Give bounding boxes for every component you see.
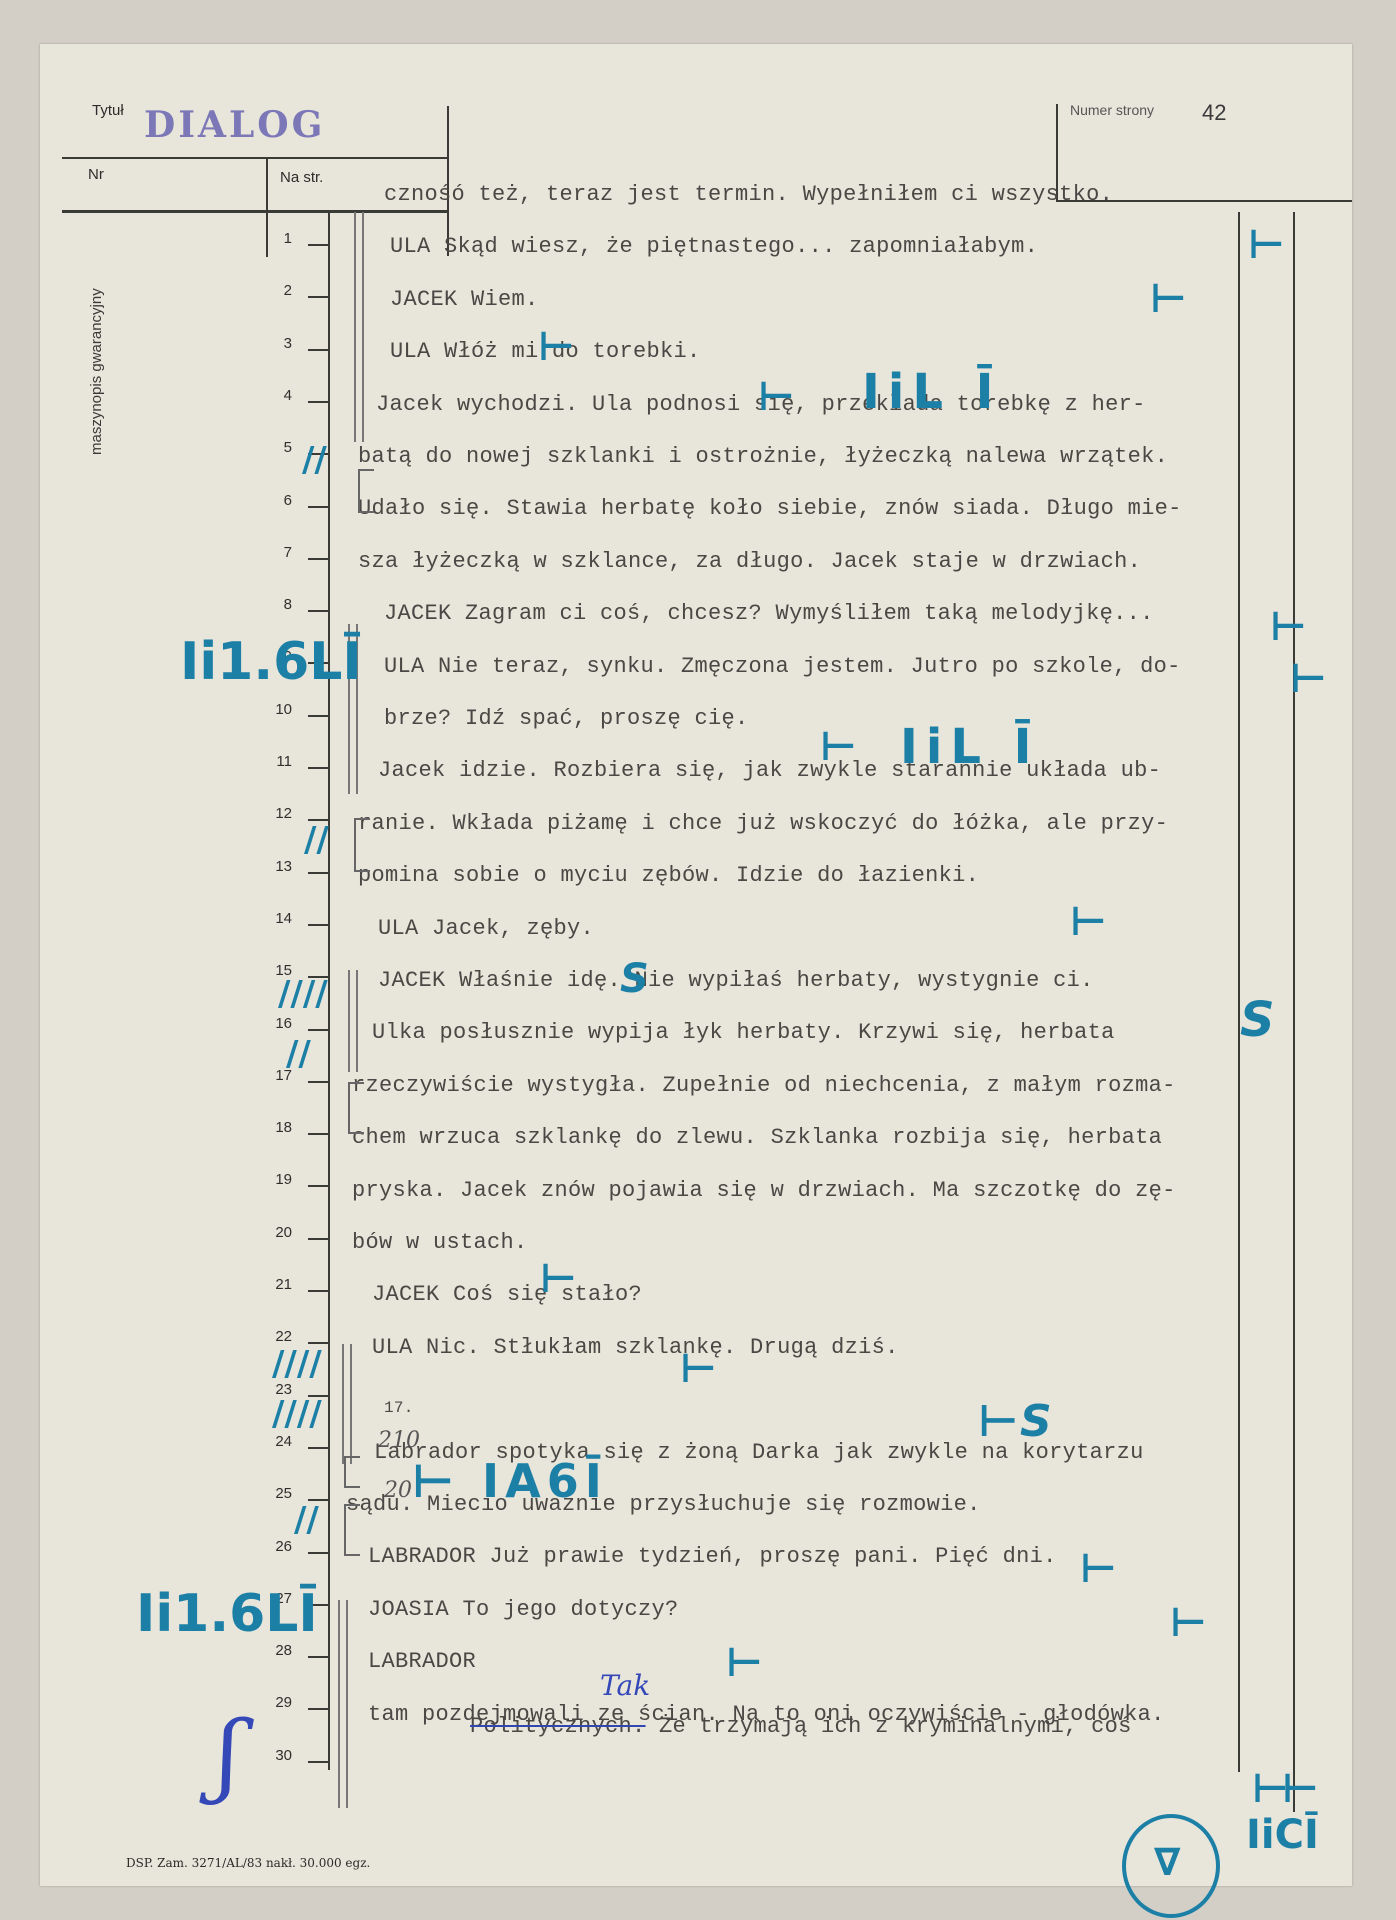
dialog-bracket (338, 1600, 348, 1808)
line-tick (308, 244, 330, 246)
check-mark-icon: ⊢ (1270, 604, 1307, 650)
header-bottom-rule (62, 210, 449, 213)
line-tick (308, 558, 330, 560)
triangle-down-icon: ∇ (1154, 1840, 1180, 1884)
side-label: maszynopis gwarancyjny (88, 288, 105, 455)
typed-line: Udało się. Stawia herbatę koło siebie, z… (358, 496, 1182, 521)
check-mark-icon: ⊢ (1290, 656, 1327, 702)
print-footer: DSP. Zam. 3271/AL/83 nakł. 30.000 egz. (126, 1856, 370, 1870)
dialog-bracket (354, 212, 364, 442)
right-margin-line-2 (1293, 212, 1295, 1812)
page-number-label: Numer strony (1070, 102, 1154, 118)
action-bracket (348, 1082, 364, 1134)
line-number: 26 (266, 1538, 292, 1555)
typed-line: Ulka posłusznie wypija łyk herbaty. Krzy… (372, 1020, 1115, 1045)
line-number: 25 (266, 1485, 292, 1502)
line-number: 30 (266, 1747, 292, 1764)
scene-code-annotation: IiL Ī (900, 719, 1039, 775)
line-tick (308, 1552, 330, 1554)
line-tick (308, 296, 330, 298)
line-number: 19 (266, 1171, 292, 1188)
line-tick (308, 1708, 330, 1710)
typed-line: chem wrzuca szklankę do zlewu. Szklanka … (352, 1125, 1162, 1150)
check-mark-icon: ⊢ (1070, 899, 1107, 945)
typed-line: LABRADOR (368, 1649, 476, 1674)
line-tick (308, 1081, 330, 1083)
bottom-code-annotation: IiCĪ (1246, 1812, 1319, 1858)
title-stamp: DIALOG (144, 104, 325, 146)
check-mark-icon: ⊢ (820, 724, 857, 770)
typed-line: pryska. Jacek znów pojawia się w drzwiac… (352, 1178, 1176, 1203)
line-number: 16 (266, 1015, 292, 1032)
typed-line: ULA Jacek, zęby. (378, 916, 594, 941)
line-number: 12 (266, 805, 292, 822)
typed-line: sza łyżeczką w szklance, za długo. Jacek… (358, 549, 1141, 574)
title-label: Tytuł (92, 102, 124, 119)
line-number-rule (328, 210, 330, 1770)
line-number: 2 (266, 282, 292, 299)
typescript-page: Tytuł DIALOG Nr Na str. Numer strony 42 … (40, 44, 1352, 1886)
s-mark-annotation: S (1020, 1396, 1052, 1447)
tally-mark: // (294, 1500, 319, 1540)
line-tick (308, 1656, 330, 1658)
pencil-scene-number: 20 (384, 1478, 412, 1503)
na-str-label: Na str. (280, 169, 323, 186)
check-mark-icon: ⊢ (978, 1396, 1018, 1447)
tally-mark: //// (278, 974, 328, 1014)
typed-line: JACEK Zagram ci coś, chcesz? Wymyśliłem … (384, 601, 1154, 626)
action-bracket (344, 1504, 360, 1556)
line-tick (308, 401, 330, 403)
tally-mark: //// (272, 1394, 322, 1434)
check-mark-icon: ⊢ (1150, 276, 1187, 322)
struck-word: Politycznych. (470, 1714, 646, 1739)
typed-line: LABRADOR Już prawie tydzień, proszę pani… (368, 1544, 1057, 1569)
action-bracket (354, 818, 370, 872)
typed-line: 17. (384, 1399, 414, 1417)
line-tick (308, 1447, 330, 1449)
line-tick (308, 1238, 330, 1240)
check-mark-icon: ⊢ (540, 1256, 577, 1302)
page-number: 42 (1202, 100, 1226, 126)
check-mark-icon: ⊢ (726, 1640, 763, 1686)
line-number: 8 (266, 596, 292, 613)
tally-mark: // (304, 820, 329, 860)
typed-line: pomina sobie o myciu zębów. Idzie do łaz… (358, 863, 979, 888)
typed-line: ULA Nic. Stłukłam szklankę. Drugą dziś. (372, 1335, 899, 1360)
line-number: 4 (266, 387, 292, 404)
check-mark-icon: ⊢ (680, 1346, 717, 1392)
line-tick (308, 1761, 330, 1763)
typed-line: rzeczywiście wystygła. Zupełnie od niech… (352, 1073, 1176, 1098)
pencil-scene-number: 210 (378, 1428, 420, 1453)
scene-code-annotation: IiL Ī (862, 364, 1001, 420)
check-mark-icon: ⊢ (1170, 1600, 1207, 1646)
line-number: 29 (266, 1694, 292, 1711)
line-tick (308, 1185, 330, 1187)
line-number: 21 (266, 1276, 292, 1293)
line-tick (308, 924, 330, 926)
header-title-underline (62, 157, 449, 159)
tally-mark: // (302, 440, 327, 480)
line-tick (308, 1133, 330, 1135)
line-number: 6 (266, 492, 292, 509)
action-bracket (358, 469, 374, 513)
check-mark-icon: ⊢ (758, 374, 795, 420)
nr-label: Nr (88, 166, 104, 183)
s-mark-annotation: S (1240, 992, 1275, 1048)
line-number: 11 (266, 753, 292, 770)
line-tick (308, 349, 330, 351)
line-number: 10 (266, 701, 292, 718)
typed-line: JACEK Coś się stało? (372, 1282, 642, 1307)
dialog-bracket (348, 970, 358, 1072)
line-number: 13 (266, 858, 292, 875)
check-mark-icon: ⊢ (1248, 222, 1285, 268)
check-mark-icon: ⊢ (1080, 1546, 1117, 1592)
check-mark-icon: ⊢ (1282, 1766, 1319, 1812)
typed-line: JACEK Właśnie idę. Nie wypiłaś herbaty, … (378, 968, 1094, 993)
circled-symbol: ∇ (1122, 1814, 1220, 1918)
line-tick (308, 715, 330, 717)
line-tick (308, 610, 330, 612)
line-number: 22 (266, 1328, 292, 1345)
line-number: 28 (266, 1642, 292, 1659)
scene-code-annotation: Ii1.6LĪ (180, 632, 362, 692)
line-number: 3 (266, 335, 292, 352)
typed-line: Jacek idzie. Rozbiera się, jak zwykle st… (378, 758, 1161, 783)
typed-line: batą do nowej szklanki i ostrożnie, łyże… (358, 444, 1168, 469)
line-number: 18 (266, 1119, 292, 1136)
s-mark-annotation: S (620, 956, 649, 1002)
typed-line: bów w ustach. (352, 1230, 528, 1255)
handwritten-correction: Tak (600, 1669, 650, 1702)
typed-line: JACEK Wiem. (390, 287, 539, 312)
typed-line: ranie. Wkłada piżamę i chce już wskoczyć… (358, 811, 1168, 836)
line-tick (308, 506, 330, 508)
line-number: 5 (266, 439, 292, 456)
typed-line-29-rest: Politycznych. Że trzymają ich z kryminal… (470, 1714, 1132, 1739)
pen-loop-mark: ʃ (216, 1702, 240, 1807)
dialog-bracket (342, 1344, 352, 1464)
check-mark-icon: ⊢ (538, 324, 575, 370)
line-tick (308, 872, 330, 874)
scene-bracket (344, 1456, 360, 1488)
line-number: 1 (266, 230, 292, 247)
typed-line: cznośó też, teraz jest termin. Wypełniłe… (384, 182, 1113, 207)
line-tick (308, 1029, 330, 1031)
tally-mark: // (286, 1034, 311, 1074)
line-tick (308, 767, 330, 769)
typed-line: ULA Skąd wiesz, że piętnastego... zapomn… (390, 234, 1038, 259)
typed-line: JOASIA To jego dotyczy? (368, 1597, 679, 1622)
line-29-continuation: Że trzymają ich z kryminalnymi, coś (646, 1714, 1132, 1739)
line-tick (308, 1290, 330, 1292)
tally-mark: //// (272, 1344, 322, 1384)
line-number: 20 (266, 1224, 292, 1241)
line-number: 7 (266, 544, 292, 561)
typed-line: brze? Idź spać, proszę cię. (384, 706, 749, 731)
line-number: 24 (266, 1433, 292, 1450)
line-number: 14 (266, 910, 292, 927)
typed-line: ULA Nie teraz, synku. Zmęczona jestem. J… (384, 654, 1181, 679)
scene-code-annotation: Ii1.6LĪ (136, 1584, 318, 1644)
scene-code-annotation: ⊢ IA6Ī (412, 1454, 608, 1508)
